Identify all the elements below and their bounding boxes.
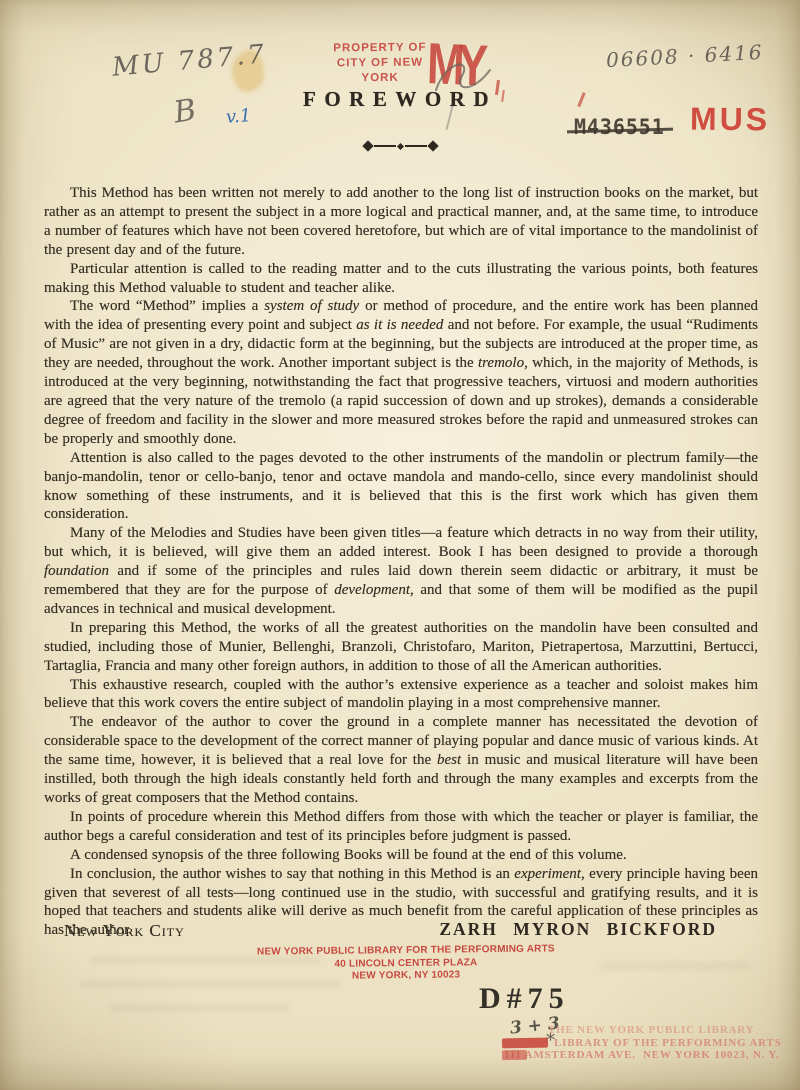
signature-author: ZARH MYRON BICKFORD [439, 919, 717, 940]
scanned-book-page: MU 787.7 B v.1 PROPERTY OF CITY OF NEW Y… [0, 0, 800, 1090]
old-address-stamp-line2: LIBRARY OF THE PERFORMING ARTS [554, 1037, 782, 1049]
nypl-stamp: NEW YORK PUBLIC LIBRARY FOR THE PERFORMI… [256, 943, 556, 984]
divider-rule [374, 145, 396, 147]
foreword-paragraph: In points of procedure wherein this Meth… [44, 808, 758, 846]
old-address-stamp-line3: 111 AMSTERDAM AVE. NEW YORK 10023, N. Y. [504, 1049, 780, 1061]
foreword-paragraph: Many of the Melodies and Studies have be… [44, 524, 758, 619]
divider-diamond [396, 142, 403, 149]
d-number-stamp: D#75 [479, 982, 570, 1016]
foreword-paragraph: In preparing this Method, the works of a… [44, 619, 758, 676]
foreword-paragraph: This exhaustive research, coupled with t… [44, 676, 758, 714]
page-showthrough [600, 962, 750, 970]
page-title: FOREWORD [0, 87, 800, 112]
signature-place: New York City [64, 921, 185, 941]
page-showthrough [110, 1004, 290, 1012]
divider-rule [405, 145, 427, 147]
divider-diamond [427, 140, 438, 151]
redaction-mark [502, 1038, 548, 1049]
foreword-paragraph: Attention is also called to the pages de… [44, 449, 758, 525]
property-stamp-line1: PROPERTY OF [318, 40, 442, 56]
foreword-paragraph: The word “Method” implies a system of st… [44, 297, 758, 448]
foreword-paragraph: Particular attention is called to the re… [44, 260, 758, 298]
foreword-paragraph: This Method has been written not merely … [44, 184, 758, 260]
mus-stamp: MUS [690, 101, 770, 139]
foreword-paragraph: A condensed synopsis of the three follow… [44, 846, 758, 865]
old-address-stamp-line1: THE NEW YORK PUBLIC LIBRARY [548, 1024, 754, 1036]
divider-diamond [362, 140, 373, 151]
property-stamp-line2: CITY OF NEW YORK [318, 55, 442, 86]
divider-ornament [0, 142, 800, 150]
property-of-stamp: PROPERTY OF CITY OF NEW YORK [318, 40, 442, 86]
redaction-mark [502, 1050, 527, 1060]
foreword-body: This Method has been written not merely … [44, 184, 758, 940]
accession-number-handwriting: 06608 · 6416 [605, 40, 764, 72]
foreword-paragraph: The endeavor of the author to cover the … [44, 713, 758, 808]
accession-stamp: M436551 [574, 115, 665, 139]
